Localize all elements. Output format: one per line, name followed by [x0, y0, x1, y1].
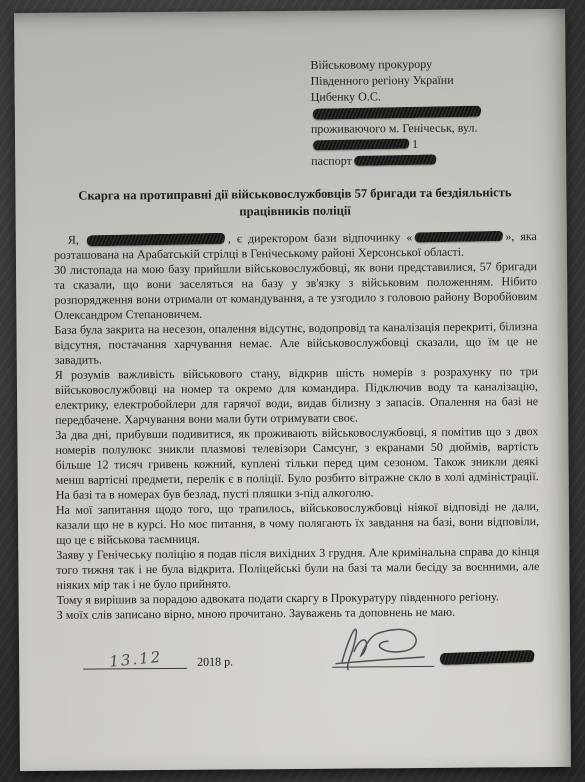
pen-scribble-redaction [312, 139, 411, 151]
complaint-body: Я, , є директором бази відпочинку «», як… [54, 229, 540, 623]
signature-underline [332, 652, 434, 668]
street-redacted-line: 1 [311, 135, 549, 153]
complaint-paragraph-3: База була закрита на несезон, опалення в… [54, 319, 537, 368]
date-group: 13.12 2018 р. [83, 647, 233, 669]
recipient-line-1: Військовому прокурору [310, 55, 548, 73]
complaint-paragraph-7: Заяву у Генічеську поліцію я подав після… [56, 544, 539, 593]
paragraph-1-start: Я, [68, 233, 85, 247]
handwritten-date: 13.12 [108, 648, 162, 671]
recipient-line-2: Південного регіону України [311, 71, 549, 89]
date-signature-row: 13.12 2018 р. [57, 645, 540, 670]
complaint-title: Скарга на протиправні дії військовослужб… [58, 184, 532, 222]
pen-scribble-redaction [353, 155, 438, 167]
document-page: Військовому прокурору Південного регіону… [14, 9, 571, 771]
pen-scribble-redaction [311, 105, 482, 119]
complaint-paragraph-1: Я, , є директором бази відпочинку «», як… [54, 229, 537, 263]
pen-scribble-redaction [85, 233, 226, 247]
pen-scribble-redaction [413, 231, 504, 243]
document-content: Військовому прокурору Південного регіону… [14, 9, 570, 670]
recipient-block: Військовому прокурору Південного регіону… [310, 55, 549, 169]
date-underline: 13.12 [83, 648, 187, 670]
complaint-paragraph-2: 30 листопада на мою базу прийшли військо… [54, 259, 537, 323]
complaint-paragraph-4: Я розумів важливість військового стану, … [55, 364, 538, 428]
signature-group [332, 651, 534, 668]
house-number: 1 [412, 137, 418, 151]
complaint-paragraph-9: З моїх слів записано вірно, мною прочита… [57, 604, 540, 623]
complaint-paragraph-6: На мої запитання щодо того, що трапилось… [56, 499, 539, 548]
complaint-paragraph-5: За два дні, прибувши подивитися, як прож… [55, 424, 539, 503]
recipient-line-3: Цибенку О.С. [311, 87, 549, 105]
residence-line: проживаючого м. Генічеськ, вул. [311, 119, 549, 137]
paragraph-1-mid: , є директором бази відпочинку « [228, 230, 413, 245]
pen-scribble-redaction [439, 650, 535, 665]
applicant-name-redacted [311, 103, 549, 121]
passport-label: паспорт [311, 154, 352, 168]
year-label: 2018 р. [197, 654, 233, 668]
passport-line: паспорт [311, 151, 549, 169]
photo-of-document: { "document": { "recipient": { "line1": … [0, 0, 585, 782]
